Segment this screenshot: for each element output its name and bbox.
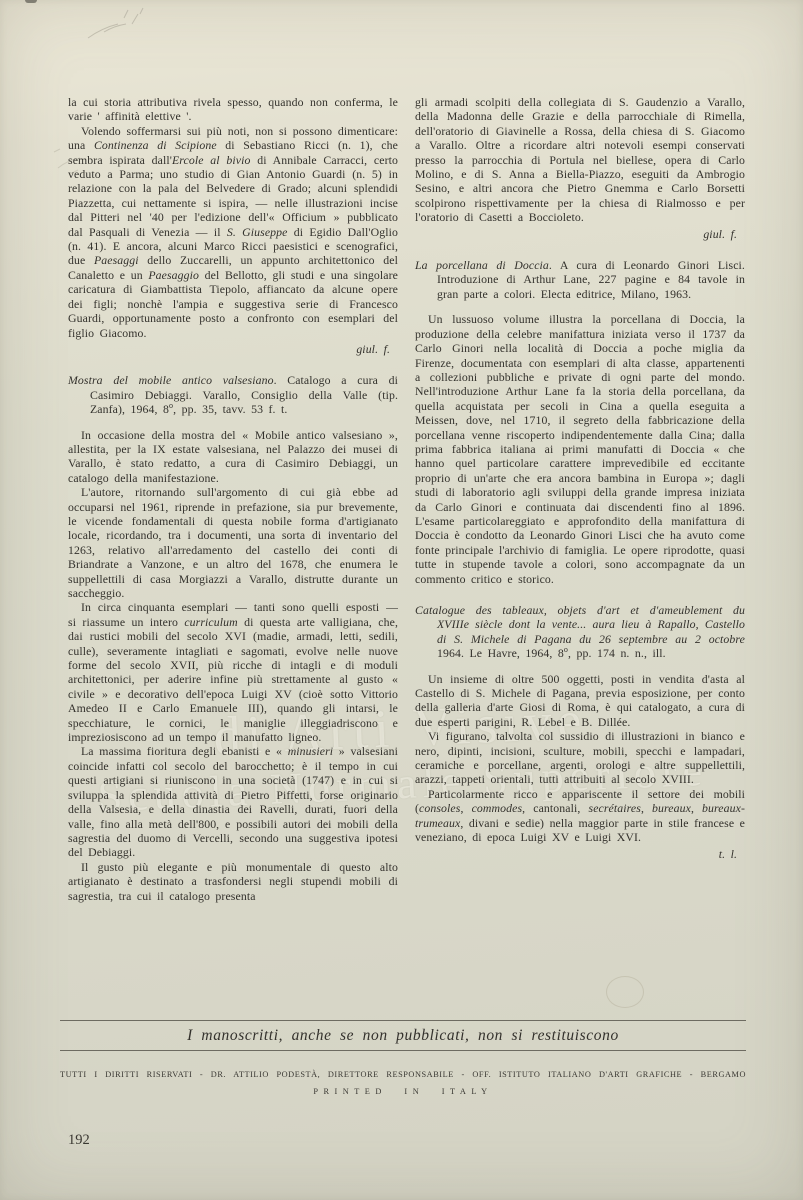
right-column: gli armadi scolpiti della collegiata di … bbox=[415, 95, 745, 903]
body-paragraph: Particolarmente ricco e appariscente il … bbox=[415, 787, 745, 845]
printed-in-italy-line: PRINTED IN ITALY bbox=[60, 1087, 746, 1096]
reviewer-signature: t. l. bbox=[415, 847, 737, 861]
body-paragraph: Un insieme di oltre 500 oggetti, posti i… bbox=[415, 672, 745, 730]
body-paragraph: In occasione della mostra del « Mobile a… bbox=[68, 428, 398, 486]
body-paragraph: Volendo soffermarsi sui più noti, non si… bbox=[68, 124, 398, 340]
body-paragraph: Vi figurano, talvolta col sussidio di il… bbox=[415, 729, 745, 787]
page-number: 192 bbox=[68, 1132, 90, 1149]
scan-edge-mark bbox=[25, 0, 37, 3]
paper-stain bbox=[606, 976, 644, 1008]
body-paragraph: L'autore, ritornando sull'argomento di c… bbox=[68, 485, 398, 600]
imprint-line: TUTTI I DIRITTI RISERVATI - DR. ATTILIO … bbox=[60, 1070, 746, 1079]
bibliographic-entry: Mostra del mobile antico valsesiano. Cat… bbox=[68, 373, 398, 416]
page-footer: I manoscritti, anche se non pubblicati, … bbox=[60, 1020, 746, 1096]
reviewer-signature: giul. f. bbox=[68, 342, 390, 356]
body-paragraph: Un lussuoso volume illustra la porcellan… bbox=[415, 312, 745, 586]
body-paragraph: In circa cinquanta esemplari — tanti son… bbox=[68, 600, 398, 744]
body-paragraph: Il gusto più elegante e più monumentale … bbox=[68, 860, 398, 903]
body-paragraph: gli armadi scolpiti della collegiata di … bbox=[415, 95, 745, 225]
bibliographic-entry: La porcellana di Doccia. A cura di Leona… bbox=[415, 258, 745, 301]
body-paragraph: La massima fioritura degli ebanisti e « … bbox=[68, 744, 398, 859]
footer-rule-top bbox=[60, 1020, 746, 1021]
body-paragraph: la cui storia attributiva rivela spesso,… bbox=[68, 95, 398, 124]
reviewer-signature: giul. f. bbox=[415, 227, 737, 241]
page-body: la cui storia attributiva rivela spesso,… bbox=[68, 95, 746, 903]
left-column: la cui storia attributiva rivela spesso,… bbox=[68, 95, 398, 903]
bibliographic-entry: Catalogue des tableaux, objets d'art et … bbox=[415, 603, 745, 661]
manuscripts-notice: I manoscritti, anche se non pubblicati, … bbox=[60, 1027, 746, 1045]
footer-rule-bottom bbox=[60, 1050, 746, 1051]
